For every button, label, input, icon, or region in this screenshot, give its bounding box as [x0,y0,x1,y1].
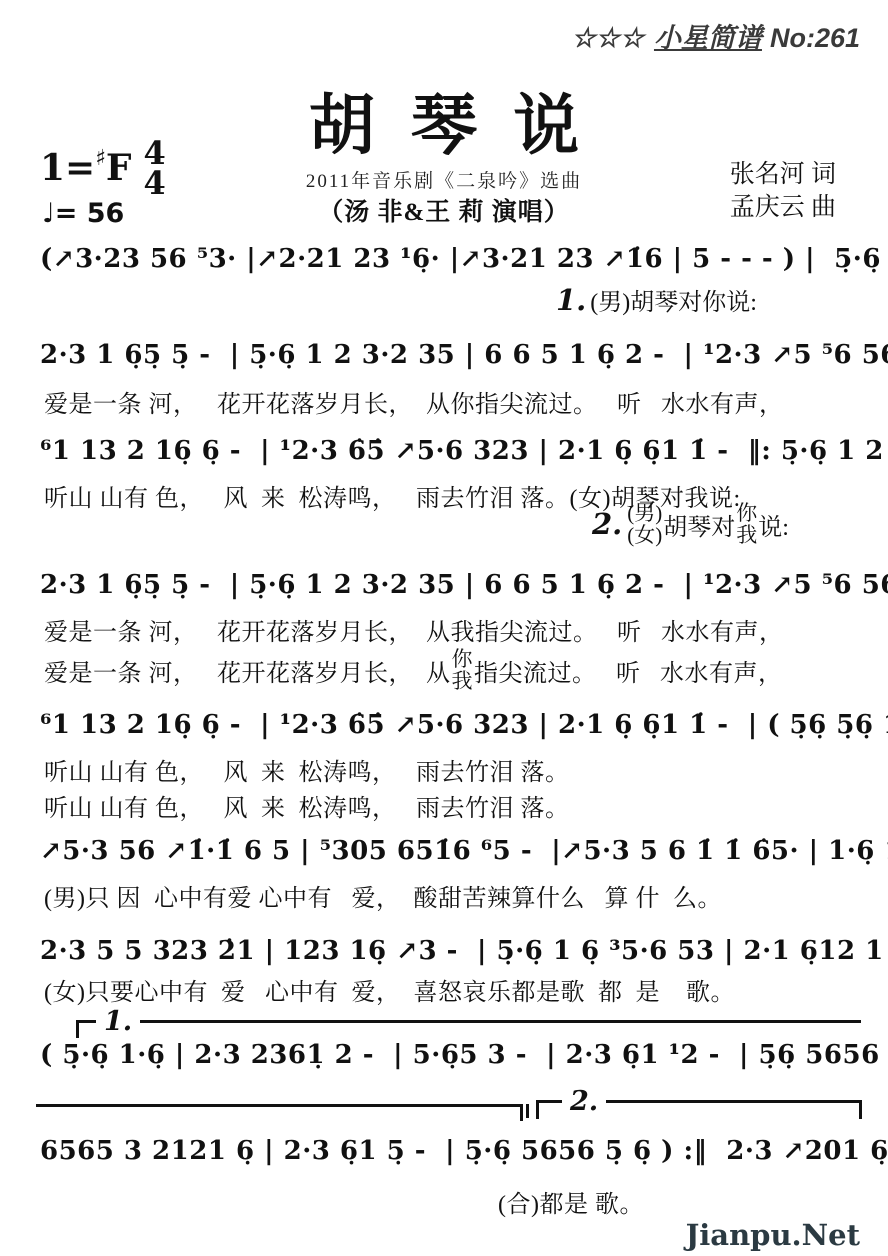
verse2-pronoun-stack: 你 我 [736,502,757,546]
lyrics-line-5a: 听山 山有 色， 风 来 松涛鸣， 雨去竹泪 落。 [44,752,570,787]
notes-line-2: 2·3 1 6̣5̣ 5̣ - | 5̣·6̣ 1 2 3·2 35 | 6 6… [40,340,888,370]
verse1-text: (男)胡琴对你说: [590,282,757,317]
stars-icon: ☆☆☆ [571,23,644,53]
verse2-number: 2. [592,507,622,541]
lyrics-line-6: (男)只 因 心中有爱 心中有 爱， 酸甜苦辣算什么 算 什 么。 [44,878,722,913]
lyrics-line-4a: 爱是一条 河， 花开花落岁月长， 从我指尖流过。 听 水水有声， [44,612,784,647]
notes-line-8: ( 5̣·6̣ 1·6̣ | 2·3 2361̣ 2 - | 5·6̣5 3 -… [40,1040,888,1070]
lyrics-4b-stack: 你 我 [452,648,474,692]
notes-line-9: 6565 3 2121 6̣ | 2·3 6̣1 5̣ - | 5̣·6̣ 56… [40,1136,888,1166]
verse1-number: 1. [556,283,586,317]
voice-female: (女) [627,524,662,546]
brand-name: 小星简谱 [654,23,762,53]
notes-line-3: ⁶1 13 2 16̣ 6̣ - | ¹2·3 6̇5̇ ↗5·6 323 | … [40,436,888,466]
notes-line-1: (↗3·23 56 ⁵3· |↗2·21 23 ¹6̣· |↗3·21 23 ↗… [40,244,888,274]
voice-male: (男) [627,502,662,524]
volta1-end-line [36,1104,523,1121]
volta2-label: 2. [562,1086,606,1117]
time-signature: 4 4 [143,138,165,199]
sharp-icon: ♯ [95,145,106,171]
notes-line-5: ⁶1 13 2 16̣ 6̣ - | ¹2·3 6̇5̇ ↗5·6 323 | … [40,710,888,740]
key-prefix: 1= [40,147,95,189]
lyrics-line-5b: 听山 山有 色， 风 来 松涛鸣， 雨去竹泪 落。 [44,788,570,823]
credits: 张名河 词孟庆云 曲 [730,158,836,224]
volta1-label: 1. [96,1006,140,1037]
lyrics-line-7: (女)只要心中有 爱 心中有 爱， 喜怒哀乐都是歌 都 是 歌。 [44,972,735,1007]
verse2-post: 说: [758,507,789,542]
site-watermark: Jianpu.Net [686,1218,860,1252]
tempo-marking: ♩= 56 [42,198,124,229]
key-tonic: F [106,147,132,189]
lyrics-4b-pre: 爱是一条 河， 花开花落岁月长， 从 [44,653,451,688]
lyrics-4b-post: 指尖流过。 听 水水有声， [474,653,783,688]
brand-header: ☆☆☆小星简谱No:261 [571,16,860,55]
pronoun-you: 你 [736,502,757,524]
composer: 孟庆云 曲 [730,194,836,221]
verse2-voice-stack: (男) (女) [627,502,662,546]
lyrics-line-4b: 爱是一条 河， 花开花落岁月长， 从 你 我 指尖流过。 听 水水有声， [44,648,783,692]
verse1-label: 1. (男)胡琴对你说: [556,282,757,317]
notes-line-7: 2·3 5 5 323 2̇1 | 123 16̣ ↗3 - | 5̣·6̣ 1… [40,936,888,966]
volta-bracket-1 [76,1020,861,1038]
volta1-end-tick [526,1104,529,1118]
verse2-mid: 胡琴对 [663,507,735,542]
pronoun-me: 我 [736,524,757,546]
notes-line-4: 2·3 1 6̣5̣ 5̣ - | 5̣·6̣ 1 2 3·2 35 | 6 6… [40,570,888,600]
meter-bottom: 4 [143,168,165,198]
lyric-me: 我 [452,670,474,692]
lyric-you: 你 [452,648,474,670]
sheet-music-page: ☆☆☆小星简谱No:261 胡琴说 2011年音乐剧《二泉吟》选曲 （汤 非&王… [0,0,888,1256]
key-signature: 1=♯F 4 4 [40,138,166,199]
lyrics-line-9: (合)都是 歌。 [498,1184,644,1219]
lyricist: 张名河 词 [730,161,836,188]
sheet-number: No:261 [770,23,860,53]
verse2-label: 2. (男) (女) 胡琴对 你 我 说: [592,502,789,546]
lyrics-line-2: 爱是一条 河， 花开花落岁月长， 从你指尖流过。 听 水水有声， [44,384,784,419]
notes-line-6: ↗5·3 56 ↗1̇·1̇ 6 5 | ⁵305 651̇6 ⁶5 - |↗5… [40,836,888,866]
